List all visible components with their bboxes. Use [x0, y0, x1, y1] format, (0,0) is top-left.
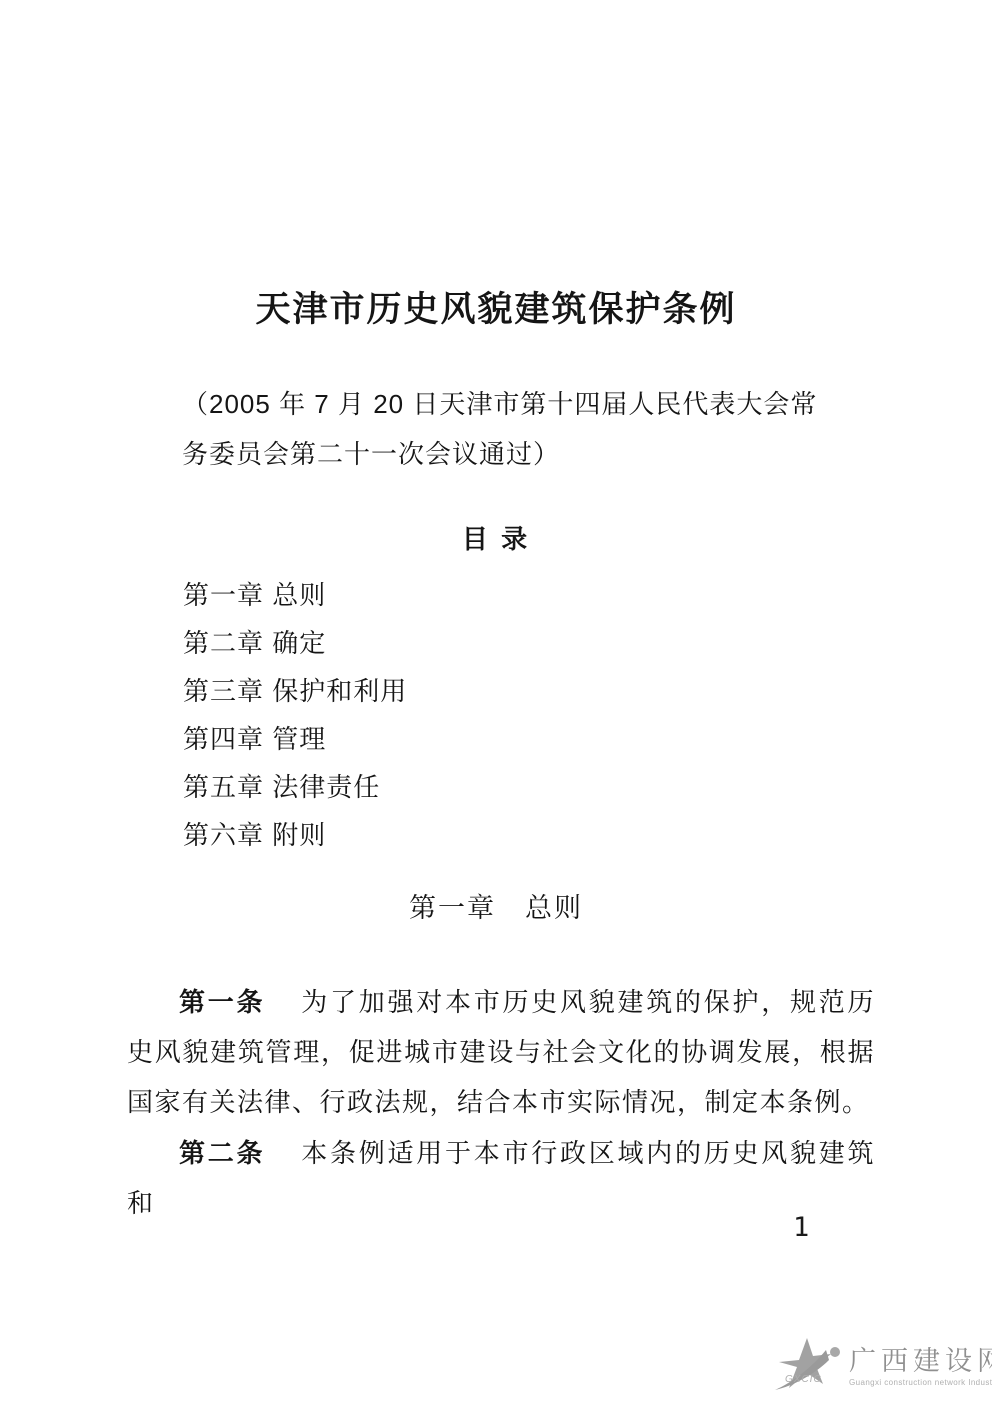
- watermark: GXCIC 广西建设网 Guangxi construction network…: [763, 1334, 991, 1400]
- toc-list: 第一章 总则 第二章 确定 第三章 保护和利用 第四章 管理 第五章 法律责任 …: [183, 571, 992, 859]
- subtitle-line-2: 务委员会第二十一次会议通过）: [182, 439, 560, 469]
- article-2-label: 第二条: [179, 1138, 265, 1168]
- subtitle-line-1: （2005 年 7 月 20 日天津市第十四届人民代表大会常: [182, 389, 817, 419]
- article-2-paragraph: 第二条本条例适用于本市行政区域内的历史风貌建筑和: [127, 1128, 875, 1229]
- document-title: 天津市历史风貌建筑保护条例: [0, 0, 992, 331]
- article-1-paragraph: 第一条为了加强对本市历史风貌建筑的保护，规范历史风貌建筑管理，促进城市建设与社会…: [127, 977, 875, 1128]
- toc-item-chapter-2: 第二章 确定: [183, 619, 992, 667]
- document-subtitle: （2005 年 7 月 20 日天津市第十四届人民代表大会常 务委员会第二十一次…: [182, 379, 882, 479]
- toc-heading: 目 录: [0, 523, 992, 555]
- article-1-label: 第一条: [179, 987, 265, 1017]
- star-logo-icon: GXCIC: [763, 1334, 845, 1398]
- toc-item-chapter-6: 第六章 附则: [183, 811, 992, 859]
- chapter-1-heading: 第一章 总则: [0, 891, 992, 925]
- toc-item-chapter-1: 第一章 总则: [183, 571, 992, 619]
- watermark-site-name: 广西建设网: [849, 1346, 992, 1376]
- toc-item-chapter-4: 第四章 管理: [183, 715, 992, 763]
- page-number: 1: [793, 1212, 809, 1243]
- watermark-text: 广西建设网 Guangxi construction network Indus…: [849, 1346, 992, 1387]
- toc-item-chapter-3: 第三章 保护和利用: [183, 667, 992, 715]
- logo-caption: GXCIC: [785, 1374, 822, 1385]
- document-page: 天津市历史风貌建筑保护条例 （2005 年 7 月 20 日天津市第十四届人民代…: [0, 0, 992, 1403]
- watermark-tagline: Guangxi construction network Industry Ed…: [849, 1378, 992, 1387]
- toc-item-chapter-5: 第五章 法律责任: [183, 763, 992, 811]
